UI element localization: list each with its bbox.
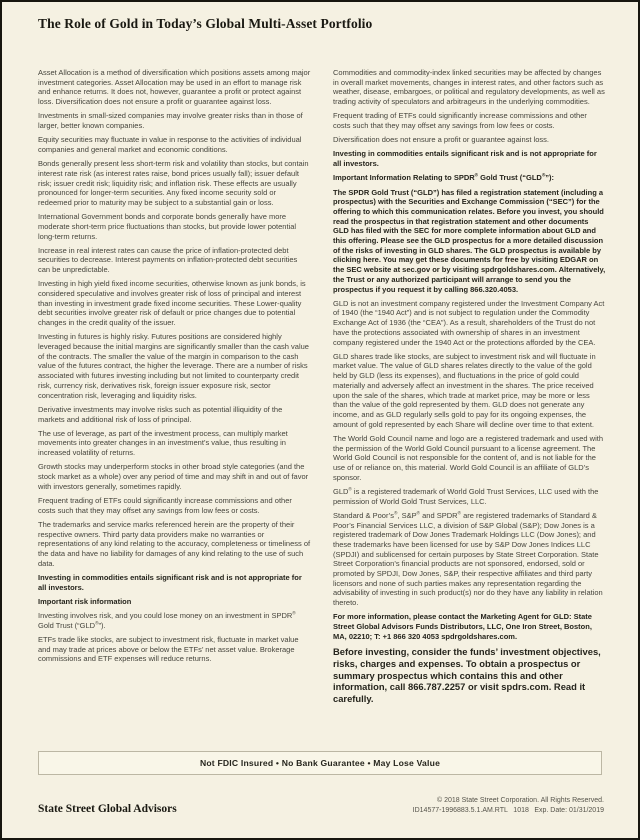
paragraph: Frequent trading of ETFs could significa… <box>333 111 606 130</box>
paragraph: Investments in small-sized companies may… <box>38 111 311 130</box>
paragraph: GLD is not an investment company registe… <box>333 299 606 348</box>
paragraph: Diversification does not ensure a profit… <box>333 135 606 145</box>
paragraph: Equity securities may fluctuate in value… <box>38 135 311 154</box>
disclaimer-bar-text: Not FDIC Insured • No Bank Guarantee • M… <box>200 758 440 768</box>
disclaimer-bar: Not FDIC Insured • No Bank Guarantee • M… <box>38 751 602 775</box>
paragraph: Derivative investments may involve risks… <box>38 405 311 424</box>
paragraph: Investing involves risk, and you could l… <box>38 611 311 630</box>
paragraph: Commodities and commodity-index linked s… <box>333 68 606 107</box>
paragraph: Investing in futures is highly risky. Fu… <box>38 332 311 400</box>
document-page: The Role of Gold in Today’s Global Multi… <box>0 0 640 840</box>
paragraph: Investing in commodities entails signifi… <box>333 149 606 168</box>
right-column: Commodities and commodity-index linked s… <box>333 68 606 709</box>
paragraph: Before investing, consider the funds’ in… <box>333 646 606 705</box>
paragraph: The World Gold Council name and logo are… <box>333 434 606 483</box>
copyright-line: © 2018 State Street Corporation. All Rig… <box>413 796 604 806</box>
paragraph: GLD shares trade like stocks, are subjec… <box>333 352 606 430</box>
paragraph: GLD® is a registered trademark of World … <box>333 487 606 506</box>
page-title: The Role of Gold in Today’s Global Multi… <box>38 16 372 32</box>
paragraph: The use of leverage, as part of the inve… <box>38 429 311 458</box>
document-id-line: ID14577-1996883.5.1.AM.RTL 1018 Exp. Dat… <box>413 806 604 816</box>
left-column: Asset Allocation is a method of diversif… <box>38 68 311 709</box>
paragraph: Standard & Poor’s®, S&P® and SPDR® are r… <box>333 511 606 608</box>
paragraph: Frequent trading of ETFs could significa… <box>38 496 311 515</box>
paragraph: Investing in commodities entails signifi… <box>38 573 311 592</box>
paragraph: The SPDR Gold Trust (“GLD”) has filed a … <box>333 188 606 295</box>
paragraph: Increase in real interest rates can caus… <box>38 246 311 275</box>
brand-logotype: State Street Global Advisors <box>38 803 177 815</box>
paragraph: The trademarks and service marks referen… <box>38 520 311 569</box>
body-columns: Asset Allocation is a method of diversif… <box>38 68 606 709</box>
paragraph: International Government bonds and corpo… <box>38 212 311 241</box>
paragraph: Investing in high yield fixed income sec… <box>38 279 311 328</box>
paragraph: Growth stocks may underperform stocks in… <box>38 462 311 491</box>
paragraph: Important Information Relating to SPDR® … <box>333 173 606 183</box>
paragraph: For more information, please contact the… <box>333 612 606 641</box>
paragraph: Bonds generally present less short-term … <box>38 159 311 208</box>
paragraph: ETFs trade like stocks, are subject to i… <box>38 635 311 664</box>
paragraph: Asset Allocation is a method of diversif… <box>38 68 311 107</box>
footer-legal: © 2018 State Street Corporation. All Rig… <box>413 796 604 815</box>
paragraph: Important risk information <box>38 597 311 607</box>
